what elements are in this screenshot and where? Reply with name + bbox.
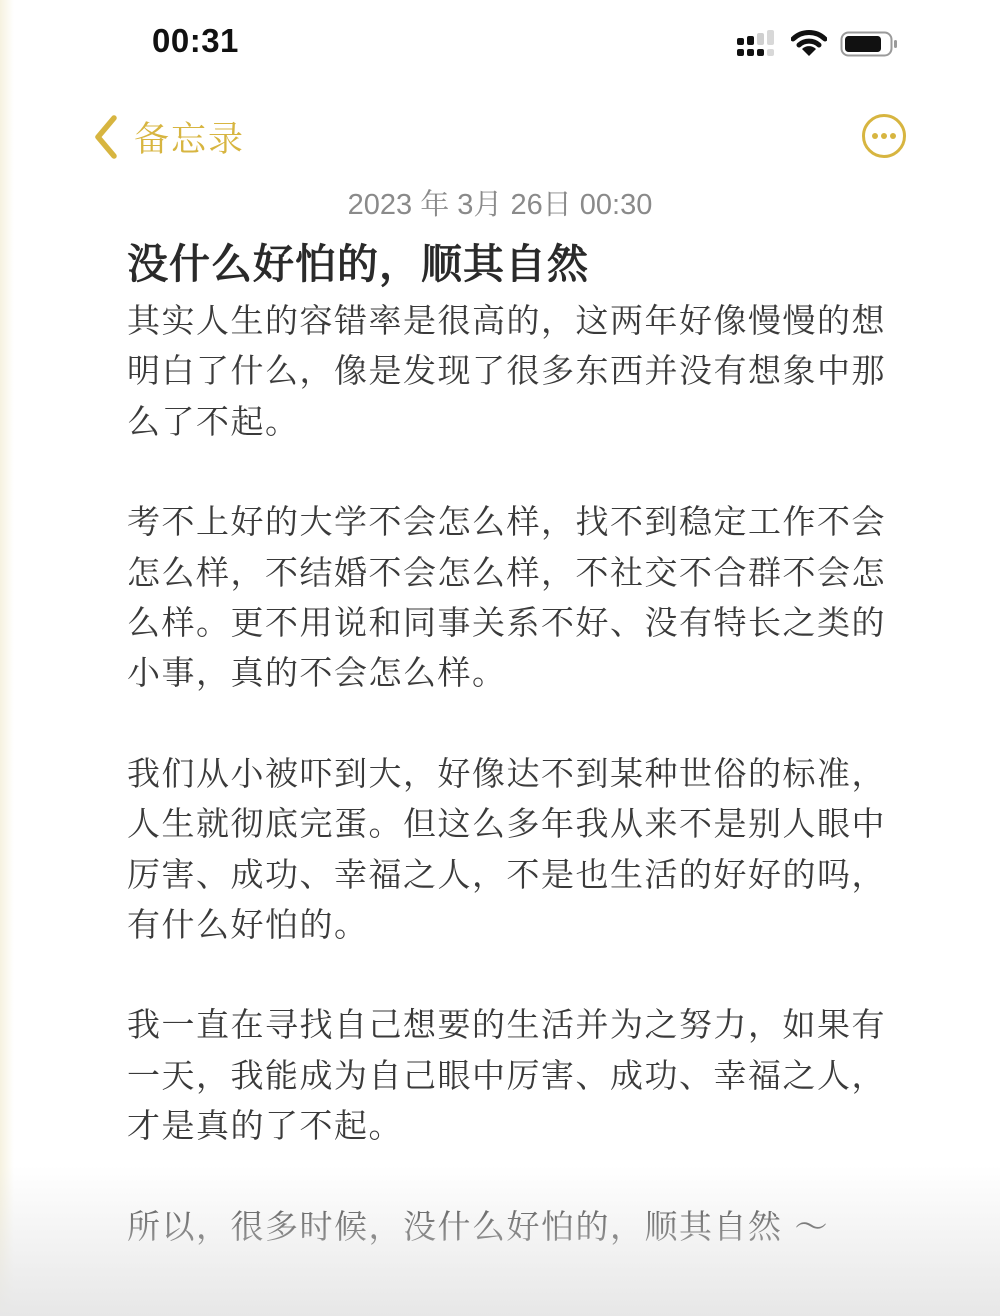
wifi-icon [791, 28, 827, 58]
note-paragraph: 我们从小被吓到大，好像达不到某种世俗的标准，人生就彻底完蛋。但这么多年我从来不是… [127, 749, 887, 951]
note-title: 没什么好怕的，顺其自然 [127, 236, 887, 292]
note-paragraph: 考不上好的大学不会怎么样，找不到稳定工作不会怎么样，不结婚不会怎么样，不社交不合… [127, 497, 887, 699]
more-ellipsis-icon[interactable] [861, 113, 907, 159]
chevron-left-icon [92, 114, 120, 160]
battery-icon [840, 31, 898, 57]
status-time: 00:31 [152, 22, 239, 60]
note-body[interactable]: 没什么好怕的，顺其自然 其实人生的容错率是很高的，这两年好像慢慢的想明白了什么，… [127, 236, 887, 1302]
status-bar: 00:31 [0, 0, 1000, 90]
back-button[interactable]: 备忘录 [92, 112, 245, 162]
navigation-bar: 备忘录 [0, 100, 1000, 180]
note-paragraph: 我一直在寻找自己想要的生活并为之努力，如果有一天，我能成为自己眼中厉害、成功、幸… [127, 1000, 887, 1151]
cellular-signal-icon [736, 30, 780, 60]
note-date: 2023 年 3月 26日 00:30 [0, 182, 1000, 223]
bottom-fade [0, 1166, 1000, 1316]
back-label: 备忘录 [134, 112, 245, 162]
note-paragraph: 其实人生的容错率是很高的，这两年好像慢慢的想明白了什么，像是发现了很多东西并没有… [127, 296, 887, 447]
